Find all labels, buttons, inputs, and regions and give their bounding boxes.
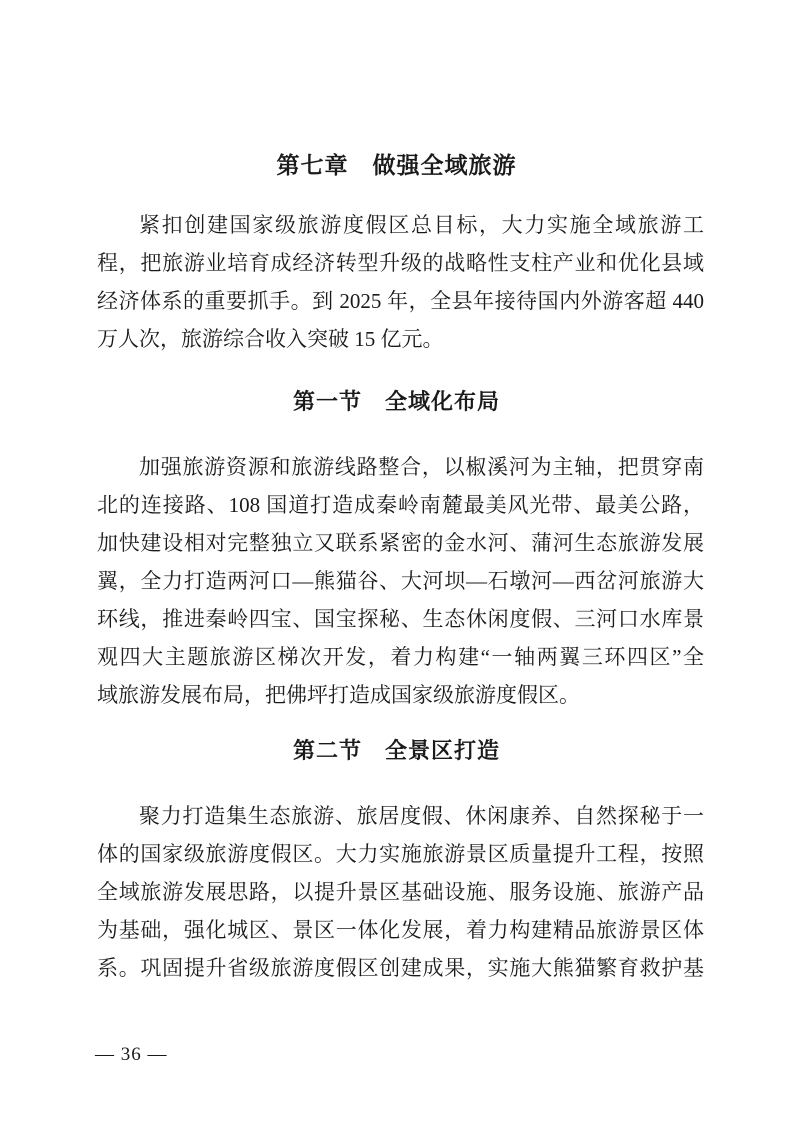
section-1-paragraph: 加强旅游资源和旅游线路整合，以椒溪河为主轴，把贯穿南 北的连接路、108 国道打… bbox=[97, 448, 704, 714]
paragraph-line: 全域旅游发展思路，以提升景区基础设施、服务设施、旅游产品 bbox=[97, 873, 704, 911]
document-page: 第七章 做强全域旅游 紧扣创建国家级旅游度假区总目标，大力实施全域旅游工 程，把… bbox=[0, 0, 793, 1122]
paragraph-line: 体的国家级旅游度假区。大力实施旅游景区质量提升工程，按照 bbox=[97, 835, 704, 873]
paragraph-line: 万人次，旅游综合收入突破 15 亿元。 bbox=[97, 320, 704, 358]
paragraph-line: 环线，推进秦岭四宝、国宝探秘、生态休闲度假、三河口水库景 bbox=[97, 600, 704, 638]
paragraph-line: 经济体系的重要抓手。到 2025 年，全县年接待国内外游客超 440 bbox=[97, 282, 704, 320]
chapter-intro-paragraph: 紧扣创建国家级旅游度假区总目标，大力实施全域旅游工 程，把旅游业培育成经济转型升… bbox=[97, 206, 704, 358]
paragraph-line: 加强旅游资源和旅游线路整合，以椒溪河为主轴，把贯穿南 bbox=[97, 448, 704, 486]
section-2-paragraph: 聚力打造集生态旅游、旅居度假、休闲康养、自然探秘于一 体的国家级旅游度假区。大力… bbox=[97, 797, 704, 987]
paragraph-line: 程，把旅游业培育成经济转型升级的战略性支柱产业和优化县域 bbox=[97, 244, 704, 282]
paragraph-line: 北的连接路、108 国道打造成秦岭南麓最美风光带、最美公路， bbox=[97, 486, 704, 524]
page-number: — 36 — bbox=[95, 1044, 168, 1066]
paragraph-line: 观四大主题旅游区梯次开发，着力构建“一轴两翼三环四区”全 bbox=[97, 638, 704, 676]
section-title-2: 第二节 全景区打造 bbox=[0, 734, 793, 765]
section-title-1: 第一节 全域化布局 bbox=[0, 385, 793, 416]
paragraph-line: 聚力打造集生态旅游、旅居度假、休闲康养、自然探秘于一 bbox=[97, 797, 704, 835]
chapter-title: 第七章 做强全域旅游 bbox=[0, 147, 793, 180]
paragraph-line: 为基础，强化城区、景区一体化发展，着力构建精品旅游景区体 bbox=[97, 911, 704, 949]
paragraph-line: 翼，全力打造两河口—熊猫谷、大河坝—石墩河—西岔河旅游大 bbox=[97, 562, 704, 600]
paragraph-line: 紧扣创建国家级旅游度假区总目标，大力实施全域旅游工 bbox=[97, 206, 704, 244]
paragraph-line: 系。巩固提升省级旅游度假区创建成果，实施大熊猫繁育救护基 bbox=[97, 949, 704, 987]
paragraph-line: 域旅游发展布局，把佛坪打造成国家级旅游度假区。 bbox=[97, 676, 704, 714]
paragraph-line: 加快建设相对完整独立又联系紧密的金水河、蒲河生态旅游发展 bbox=[97, 524, 704, 562]
